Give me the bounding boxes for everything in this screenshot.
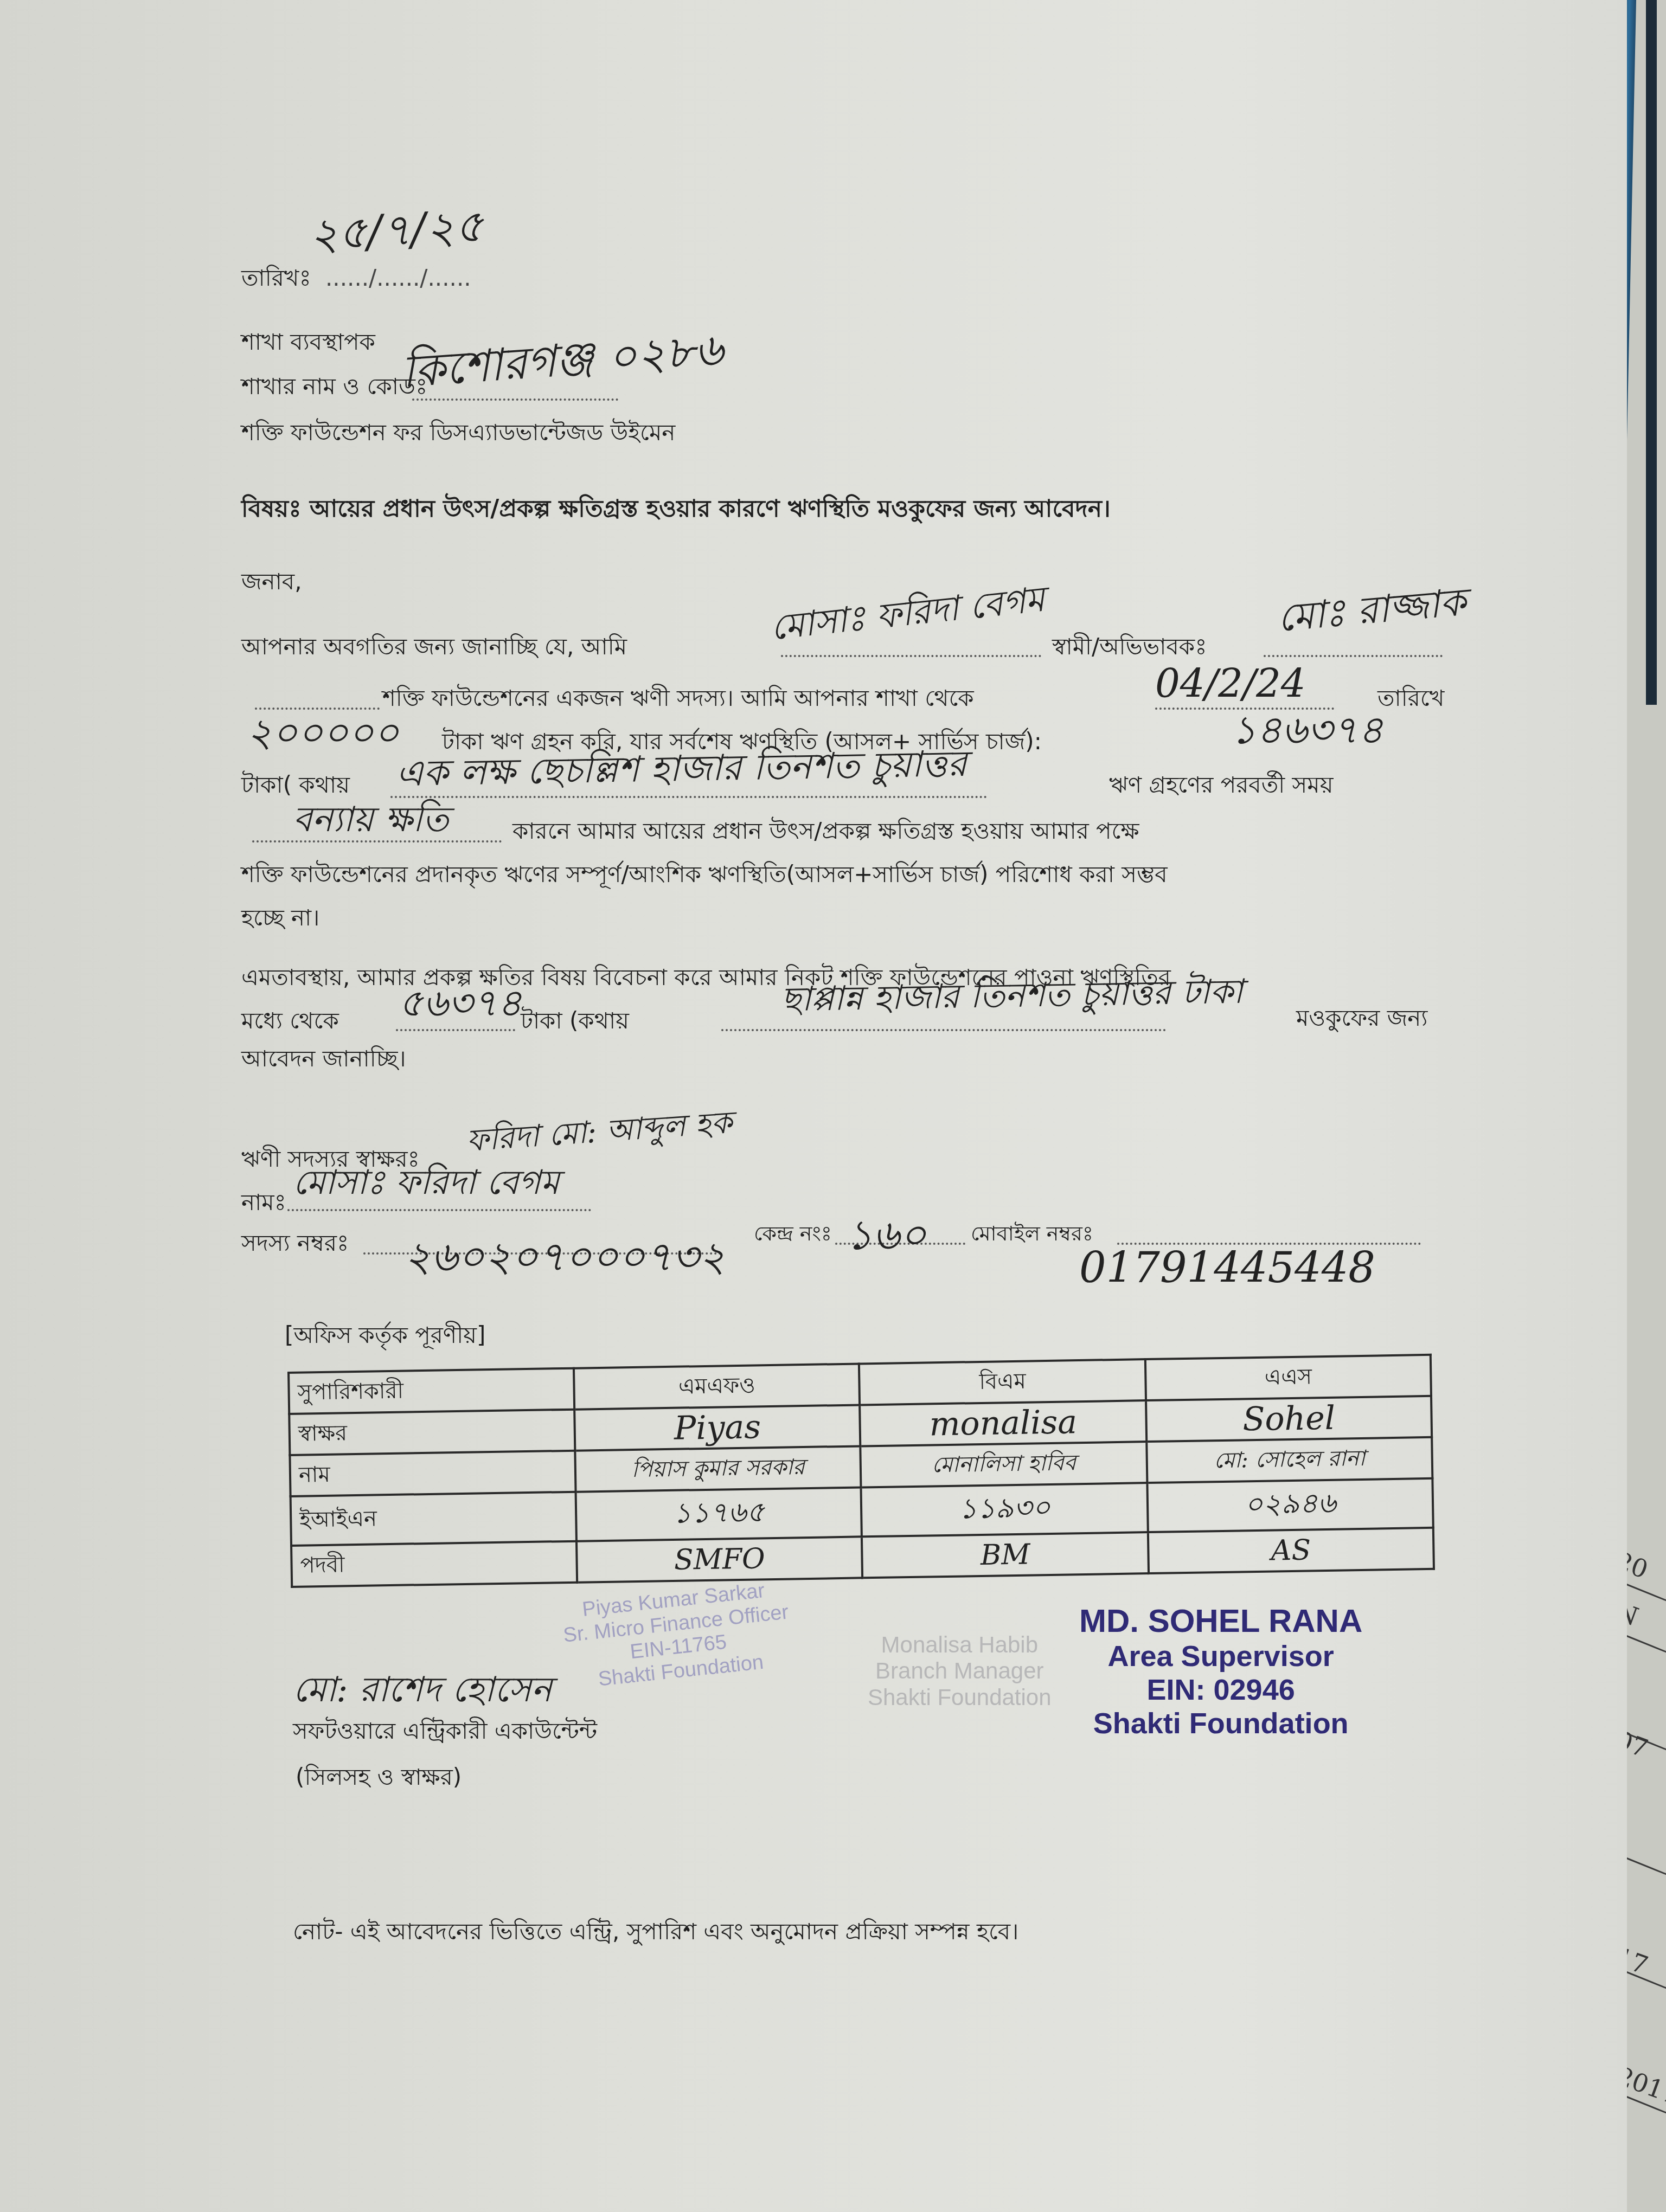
body-text: তারিখে [1377, 686, 1444, 711]
mfo-designation: SMFO [576, 1536, 862, 1582]
recommendation-table: সুপারিশকারী এমএফও বিএম এএস স্বাক্ষর Piya… [287, 1354, 1435, 1588]
waiver-amount-value: ৫৬৩৭৪ [399, 984, 522, 1022]
waiver-words-value: ছাপ্পান্ন হাজার তিনশত চুয়াত্তর টাকা [781, 975, 1244, 1017]
as-name: মো: সোহেল রানা [1146, 1437, 1432, 1483]
recipient-line1: শাখা ব্যবস্থাপক [241, 330, 375, 355]
member-name-label: নামঃ [241, 1190, 286, 1215]
member-name-value: মোসাঃ ফরিদা বেগম [293, 1166, 559, 1199]
table-header-cell: সুপারিশকারী [289, 1368, 575, 1414]
stamp-line: Monalisa Habib [868, 1632, 1052, 1658]
center-no-label: কেন্দ্র নংঃ [754, 1223, 832, 1245]
body-text: শক্তি ফাউন্ডেশনের একজন ঋণী সদস্য। আমি আপ… [382, 686, 974, 711]
recipient-line3: শক্তি ফাউন্ডেশন ফর ডিসএ্যাডভান্টেজড উইমে… [241, 420, 675, 445]
cause-value: বন্যায় ক্ষতি [293, 802, 448, 837]
body-text: শক্তি ফাউন্ডেশনের প্রদানকৃত ঋণের সম্পূর্… [241, 862, 1168, 887]
stamp-line: Shakti Foundation [1079, 1707, 1362, 1740]
loan-date-value: 04/2/24 [1155, 664, 1306, 703]
loan-amount-value: ২০০০০০ [247, 713, 399, 752]
mfo-signature: Piyas [575, 1405, 861, 1450]
mobile-value: 01791445448 [1079, 1247, 1375, 1289]
body-text: মধ্যে থেকে [241, 1008, 339, 1033]
bm-designation: BM [862, 1532, 1149, 1578]
table-header-cell: এমএফও [574, 1364, 860, 1409]
applicant-name-dots [781, 655, 1041, 657]
accountant-note: (সিলসহ ও স্বাক্ষর) [296, 1765, 462, 1790]
table-header-cell: বিএম [859, 1359, 1146, 1405]
as-designation: AS [1148, 1528, 1434, 1573]
salutation: জনাব, [241, 569, 302, 594]
body-text: টাকা( কথায় [241, 773, 350, 798]
waiver-words-dots [721, 1029, 1166, 1031]
outstanding-words-value: এক লক্ষ ছেচল্লিশ হাজার তিনশত চুয়াত্তর [396, 746, 967, 792]
guardian-name-value: মোঃ রাজ্জাক [1276, 583, 1468, 637]
body-text: আবেদন জানাচ্ছি। [241, 1046, 406, 1071]
stamp-line: Area Supervisor [1079, 1639, 1362, 1673]
outstanding-amount-value: ১৪৬৩৭৪ [1231, 710, 1383, 749]
stamp-line: EIN: 02946 [1079, 1673, 1362, 1707]
date-field: ....../....../...... [325, 266, 471, 291]
center-no-value: ১৬০ [846, 1214, 926, 1256]
table-row-label: স্বাক্ষর [289, 1410, 575, 1455]
cause-dots [252, 840, 502, 843]
accountant-signature: মো: রাশেদ হোসেন [293, 1673, 552, 1707]
application-form: ২৫/৭/২৫ তারিখঃ ....../....../...... শাখা… [0, 0, 1627, 2212]
body-text: টাকা (কথায় [521, 1008, 629, 1033]
table-header-cell: এএস [1145, 1355, 1431, 1400]
footer-note: নোট- এই আবেদনের ভিত্তিতে এন্ট্রি, সুপারি… [293, 1919, 1018, 1944]
body-text: আপনার অবগতির জন্য জানাচ্ছি যে, আমি [241, 634, 627, 659]
stamp-line: Shakti Foundation [868, 1684, 1052, 1711]
bm-stamp: Monalisa Habib Branch Manager Shakti Fou… [868, 1632, 1052, 1711]
stamp-line: Branch Manager [868, 1658, 1052, 1684]
guardian-name-dots [1264, 655, 1443, 657]
as-ein: ০২৯৪৬ [1147, 1478, 1433, 1532]
as-signature: Sohel [1146, 1396, 1432, 1442]
outstanding-words-dots [390, 796, 987, 798]
member-no-value: ২৬০২০৭০০০৭৩২ [404, 1236, 726, 1277]
mfo-name: পিয়াস কুমার সরকার [575, 1446, 861, 1491]
page-shadow [1646, 0, 1657, 705]
mfo-stamp: Piyas Kumar Sarkar Sr. Micro Finance Off… [560, 1577, 794, 1695]
member-no-label: সদস্য নম্বরঃ [241, 1231, 349, 1256]
office-section-label: [অফিস কর্তৃক পূরণীয়] [285, 1323, 485, 1348]
branch-name-label: শাখার নাম ও কোডঃ [241, 374, 427, 399]
guardian-label: স্বামী/অভিভাবকঃ [1052, 634, 1207, 659]
table-row-label: পদবী [291, 1541, 578, 1587]
mfo-ein: ১১৭৬৫ [576, 1487, 862, 1541]
date-handwritten: ২৫/৭/২৫ [308, 204, 484, 258]
member-signature-value: ফরিদা মো: আব্দুল হক [466, 1108, 733, 1156]
date-label: তারিখঃ [241, 266, 311, 291]
bm-name: মোনালিসা হাবিব [861, 1442, 1148, 1487]
mobile-label: মোবাইল নম্বরঃ [971, 1223, 1093, 1245]
waiver-amount-dots [396, 1029, 515, 1031]
as-stamp: MD. SOHEL RANA Area Supervisor EIN: 0294… [1079, 1602, 1362, 1740]
branch-name-dots [412, 398, 618, 401]
bm-ein: ১১৯৩০ [861, 1483, 1148, 1536]
body-text: মওকুফের জন্য [1296, 1006, 1427, 1031]
table-row-label: ইআইএন [291, 1492, 577, 1546]
stamp-line: MD. SOHEL RANA [1079, 1602, 1362, 1639]
body-text: কারনে আমার আয়ের প্রধান উৎস/প্রকল্প ক্ষত… [512, 819, 1139, 844]
subject-line: বিষয়ঃ আয়ের প্রধান উৎস/প্রকল্প ক্ষতিগ্র… [241, 496, 1111, 522]
accountant-title: সফটওয়ারে এন্ট্রিকারী একাউন্টেন্ট [293, 1719, 597, 1744]
applicant-name-value: মোসাঃ ফরিদা বেগম [769, 582, 1046, 646]
table-row-label: নাম [290, 1451, 576, 1496]
branch-name-value: কিশোরগঞ্জ ০২৮৬ [400, 327, 725, 394]
bm-signature: monalisa [860, 1400, 1146, 1446]
body-text: হচ্ছে না। [241, 905, 319, 930]
body-text: ঋণ গ্রহণের পরবর্তী সময় [1109, 773, 1333, 798]
member-name-dots [287, 1209, 591, 1211]
